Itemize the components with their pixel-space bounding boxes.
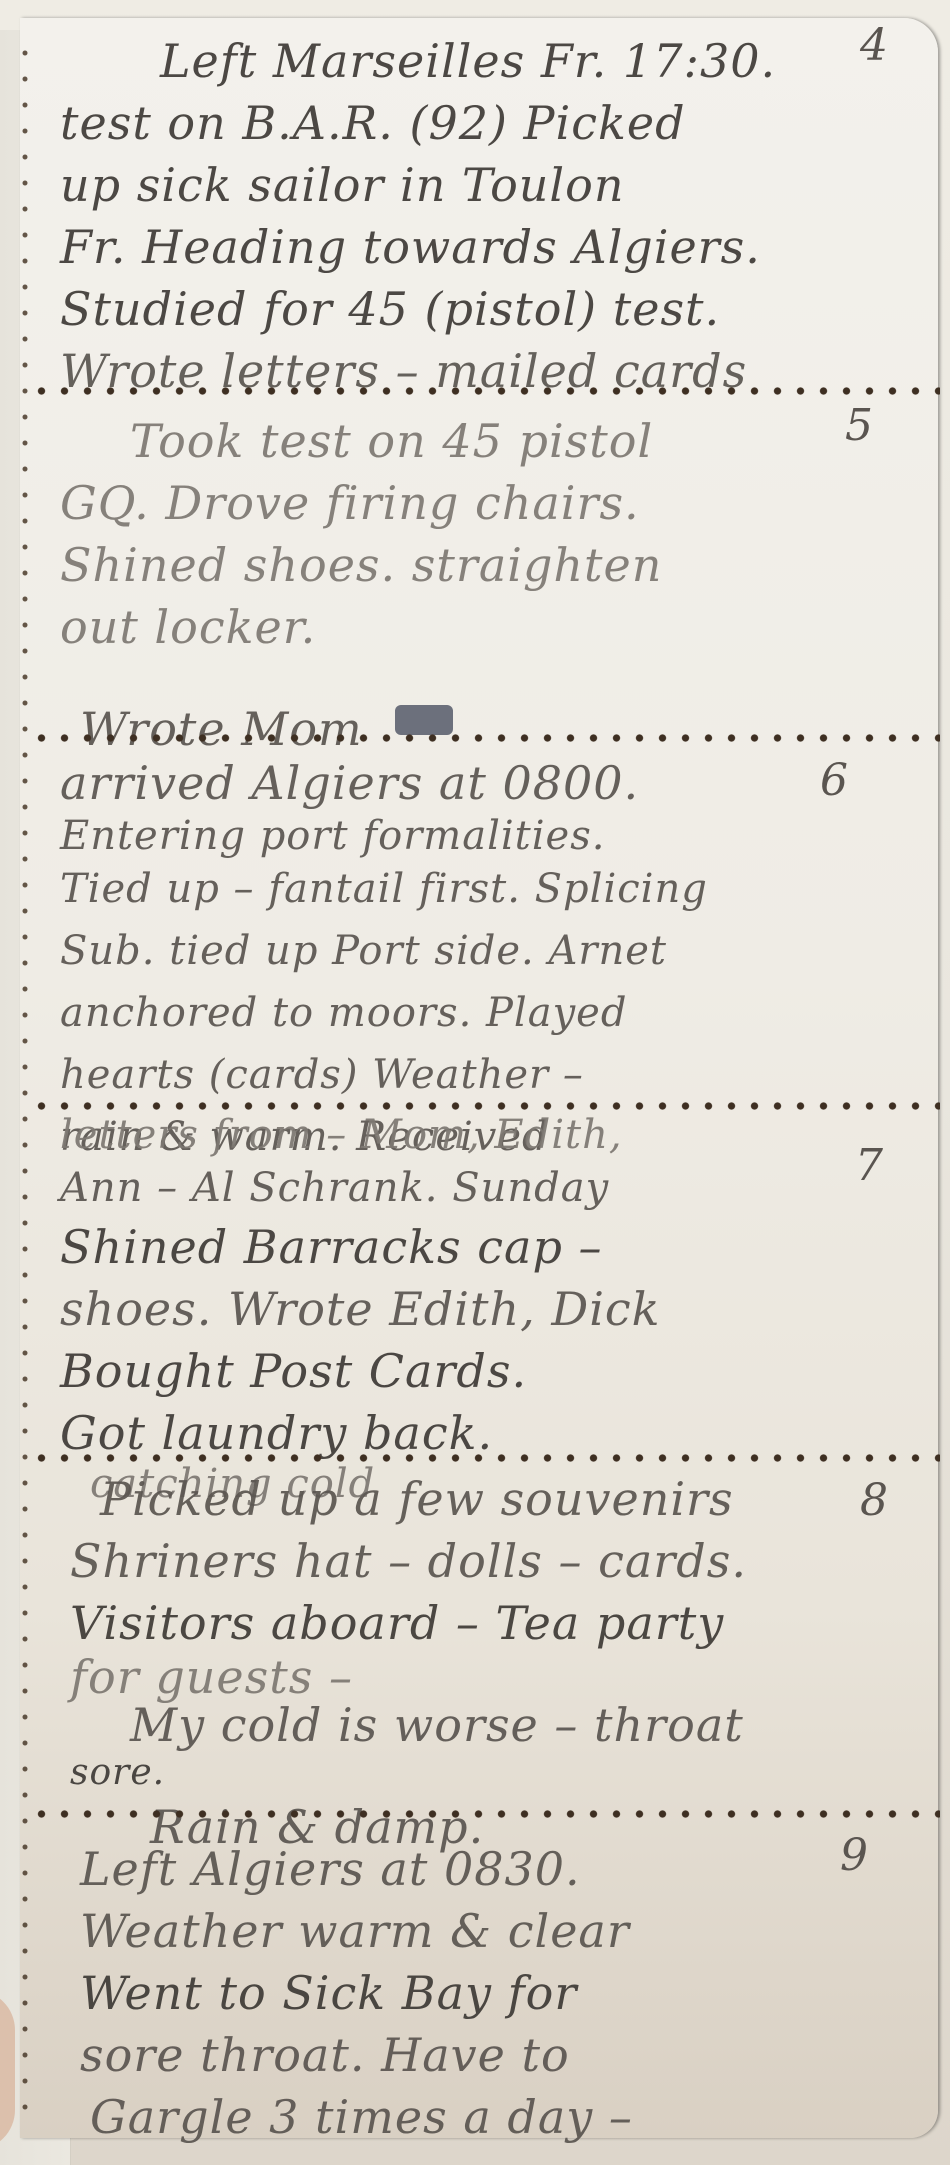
entry-line: Went to Sick Bay for	[60, 1962, 878, 2024]
diary-entry-day-7: letters from – Mom, Edith, Ann – Al Schr…	[20, 1110, 938, 1504]
entry-line: Shined shoes. straighten	[60, 534, 878, 596]
entry-line: Took test on 45 pistol	[60, 410, 878, 472]
diary-entry-day-9: Left Algiers at 0830. Weather warm & cle…	[20, 1838, 938, 2148]
entry-line: Studied for 45 (pistol) test.	[60, 278, 878, 340]
day-number: 5	[845, 400, 873, 451]
entry-line: Weather warm & clear	[60, 1900, 878, 1962]
day-number: 7	[855, 1140, 883, 1191]
entry-line: Left Algiers at 0830.	[60, 1838, 878, 1900]
entry-line: Shriners hat – dolls – cards.	[60, 1530, 878, 1592]
perforation-line	[30, 385, 940, 397]
diary-entry-day-4: Left Marseilles Fr. 17:30. test on B.A.R…	[20, 30, 938, 402]
entry-line: shoes. Wrote Edith, Dick	[60, 1278, 878, 1340]
entry-line: hearts (cards) Weather –	[60, 1044, 878, 1106]
entry-line: out locker.	[60, 596, 878, 658]
entry-line: Shined Barracks cap –	[60, 1216, 878, 1278]
entry-line: test on B.A.R. (92) Picked	[60, 92, 878, 154]
entry-line: Picked up a few souvenirs	[60, 1468, 878, 1530]
entry-line: anchored to moors. Played	[60, 982, 878, 1044]
entry-line: Gargle 3 times a day –	[60, 2086, 878, 2148]
perforation-line	[30, 732, 940, 744]
day-number: 6	[820, 755, 848, 806]
entry-line: GQ. Drove firing chairs.	[60, 472, 878, 534]
entry-line: Visitors aboard – Tea party	[60, 1592, 878, 1654]
entry-line: arrived Algiers at 0800.	[60, 752, 878, 814]
entry-line: Sub. tied up Port side. Arnet	[60, 920, 878, 982]
diary-entry-day-8: Picked up a few souvenirs Shriners hat –…	[20, 1468, 938, 1858]
entry-line: My cold is worse – throat	[60, 1700, 878, 1750]
day-number: 8	[860, 1475, 888, 1526]
entry-line: for guests –	[60, 1654, 878, 1700]
entry-line: Entering port formalities.	[60, 814, 878, 858]
day-number: 9	[840, 1830, 868, 1881]
entry-line: Fr. Heading towards Algiers.	[60, 216, 878, 278]
ink-smudge	[395, 705, 453, 735]
perforation-line	[30, 1808, 940, 1820]
entry-line: up sick sailor in Toulon	[60, 154, 878, 216]
diary-entry-day-5: Took test on 45 pistol GQ. Drove firing …	[20, 410, 938, 760]
entry-line: Bought Post Cards.	[60, 1340, 878, 1402]
entry-line: Ann – Al Schrank. Sunday	[60, 1160, 878, 1216]
entry-line: Tied up – fantail first. Splicing	[60, 858, 878, 920]
entry-line: Wrote Mom	[60, 698, 878, 760]
perforation-line	[30, 1452, 940, 1464]
day-number: 4	[860, 20, 888, 71]
entry-line: letters from – Mom, Edith,	[60, 1110, 878, 1160]
entry-line: sore.	[60, 1750, 878, 1796]
entry-line: Left Marseilles Fr. 17:30.	[60, 30, 878, 92]
entry-line: sore throat. Have to	[60, 2024, 878, 2086]
